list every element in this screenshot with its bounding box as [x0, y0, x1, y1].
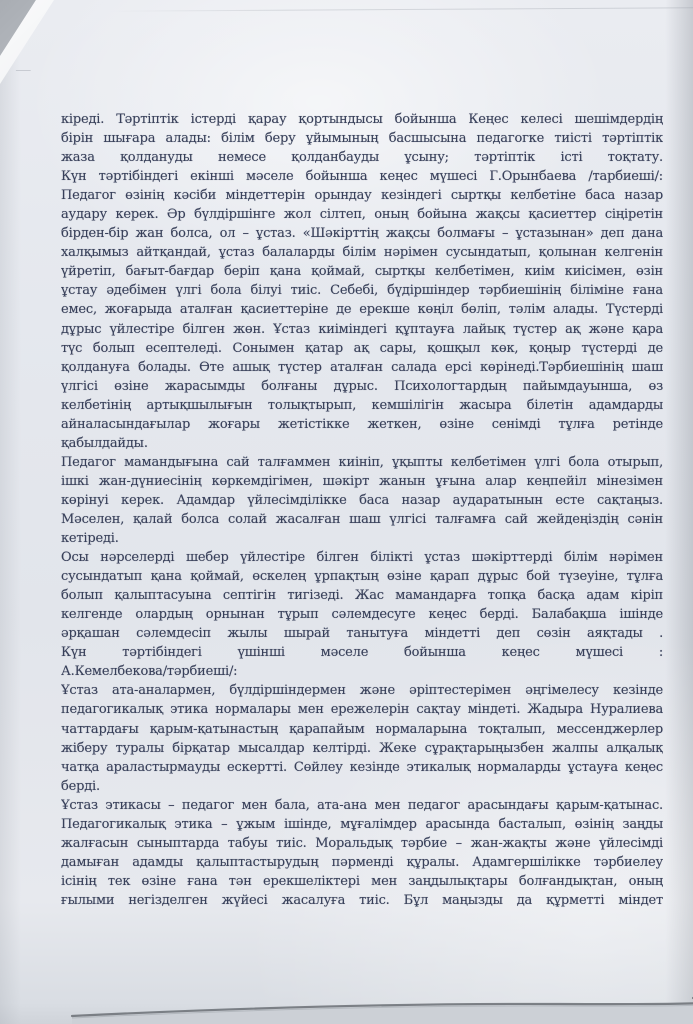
text-line: дамыған адамды қалыптастырудың пәрменді …	[61, 853, 663, 872]
text-line: чатқа араластырмауды ескертті. Сөйлеу ке…	[61, 758, 663, 777]
text-line: жаза қолдануды немесе қолданбауды ұсыну;…	[61, 148, 663, 167]
text-line: бірден-бір жан болса, ол – ұстаз. «Шәкір…	[61, 224, 663, 243]
text-line: Ұстаз ата-аналармен, бүлдіршіндермен жән…	[61, 681, 663, 700]
text-line: кіреді. Тәртіптік істерді қарау қортынды…	[61, 110, 663, 129]
document-text: кіреді. Тәртіптік істерді қарау қортынды…	[61, 110, 663, 910]
text-line: берді.	[61, 777, 663, 796]
text-line: жіберу туралы бірқатар мысалдар келтірді…	[61, 739, 663, 758]
text-line: Осы нәрселерді шебер үйлестіре білген бі…	[61, 548, 663, 567]
text-line: болып қалыптасуына септігін тигізеді. Жа…	[61, 586, 663, 605]
text-line: сусындатып қана қоймай, өскелең ұрпақтың…	[61, 567, 663, 586]
text-line: Педагогикалық этика – ұжым ішінде, мұғал…	[61, 815, 663, 834]
page-bottom-edge	[0, 984, 693, 1024]
text-line: үйретіп, бағыт-бағдар беріп қана қоймай,…	[61, 262, 663, 281]
text-line: аудару керек. Әр бүлдіршінге жол сілтеп,…	[61, 205, 663, 224]
text-line: бірін шығара алады: білім беру ұйымының …	[61, 129, 663, 148]
text-line: әрқашан сәлемдесіп жылы шырай танытуға м…	[61, 624, 663, 643]
text-line: емес, жоғарыда аталған қасиеттеріне де е…	[61, 300, 663, 319]
text-line: Педагог мамандығына сай талғаммен киініп…	[61, 453, 663, 472]
text-line: айналасындағылар жоғары жетістікке жетке…	[61, 415, 663, 434]
text-line: ісінің тек өзіне ғана тән ерекшеліктері …	[61, 872, 663, 891]
text-line: қабылдайды.	[61, 434, 663, 453]
text-line: келгенде олардың орнынан тұрып сәлемдесу…	[61, 605, 663, 624]
text-line: халқымыз айтқандай, ұстаз балаларды білі…	[61, 243, 663, 262]
text-line: педагогикалық этика нормалары мен ережел…	[61, 700, 663, 719]
text-line: Күн тәртібіндегі екінші мәселе бойынша к…	[61, 167, 663, 186]
text-line: ғылыми негізделген жүйесі жасалуға тиіс.…	[61, 891, 663, 910]
scanned-page: кіреді. Тәртіптік істерді қарау қортынды…	[0, 0, 693, 1024]
text-line: түс болып есептеледі. Сонымен қатар ақ с…	[61, 339, 663, 358]
text-line: көрінуі керек. Адамдар үйлесімділікке ба…	[61, 491, 663, 510]
page-top-edge	[110, 7, 693, 12]
text-line: кетіреді.	[61, 529, 663, 548]
text-line: А.Кемелбекова/тәрбиеші/:	[61, 662, 663, 681]
photo-of-document: { "colors": { "paper": "#e5e8ee", "ink":…	[0, 0, 693, 1024]
text-line: Мәселен, қалай болса солай жасалған шаш …	[61, 510, 663, 529]
text-line: ішкі жан-дүниесінің көркемдігімен, шәкір…	[61, 472, 663, 491]
text-line: чаттардағы қарым-қатынастың қарапайым но…	[61, 720, 663, 739]
text-line: Педагог өзінің кәсіби міндеттерін орында…	[61, 186, 663, 205]
text-line: келбетінің артықшылығын толықтырып, кемш…	[61, 396, 663, 415]
text-line: жалғасын сыныптарда табуы тиіс. Моральды…	[61, 834, 663, 853]
text-line: ұстау әдебімен үлгі бола білуі тиіс. Себ…	[61, 281, 663, 300]
text-line: Күн тәртібіндегі үшінші мәселе бойынша к…	[61, 643, 663, 662]
text-line: Ұстаз этикасы – педагог мен бала, ата-ан…	[61, 796, 663, 815]
text-line: қолдануға болады. Өте ашық түстер аталға…	[61, 358, 663, 377]
text-line: үлгісі өзіне жарасымды болғаны дұрыс. Пс…	[61, 377, 663, 396]
text-line: дұрыс үйлестіре білген жөн. Ұстаз киімін…	[61, 320, 663, 339]
